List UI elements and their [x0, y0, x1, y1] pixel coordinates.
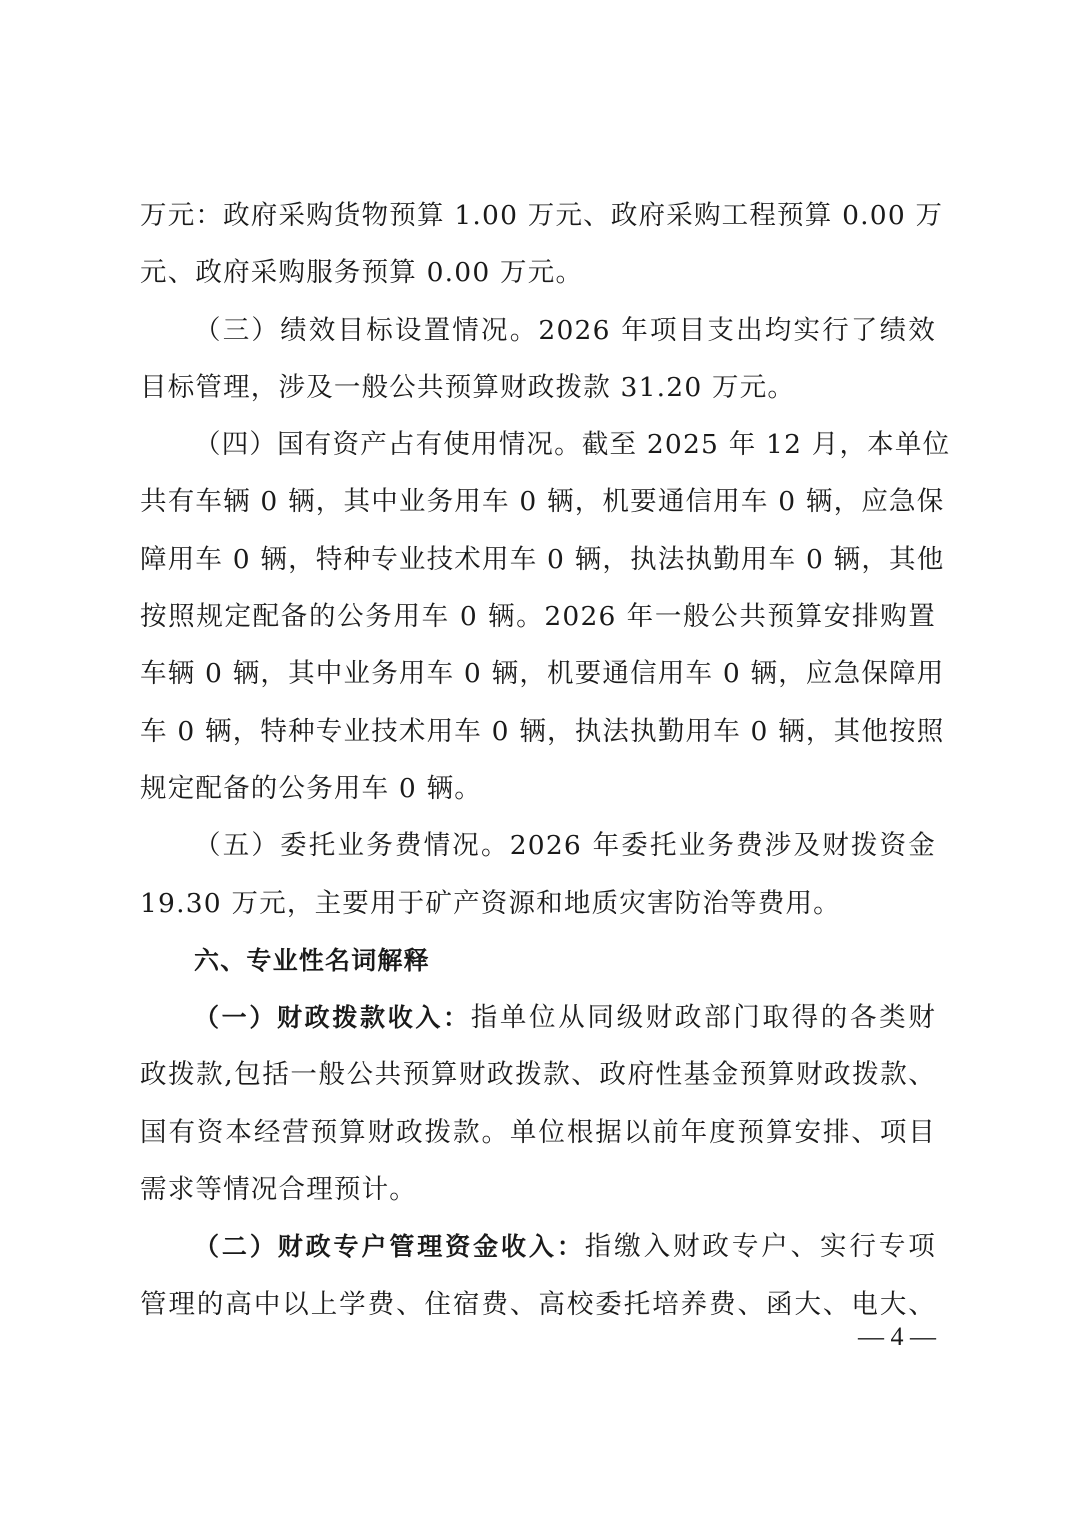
text-line: 万元：政府采购货物预算 1.00 万元、政府采购工程预算 0.00 万 [140, 187, 936, 244]
document-page: 万元：政府采购货物预算 1.00 万元、政府采购工程预算 0.00 万 元、政府… [140, 187, 936, 1333]
text-line: 政拨款,包括一般公共预算财政拨款、政府性基金预算财政拨款、 [140, 1046, 936, 1103]
text-line: 障用车 0 辆，特种专业技术用车 0 辆，执法执勤用车 0 辆，其他 [140, 531, 936, 588]
text-line: 需求等情况合理预计。 [140, 1161, 936, 1218]
text-line: 车辆 0 辆，其中业务用车 0 辆，机要通信用车 0 辆，应急保障用 [140, 645, 936, 702]
section-5-label: （五）委托业务费情况。 [194, 830, 510, 861]
text-line: 按照规定配备的公务用车 0 辆。2026 年一般公共预算安排购置 [140, 588, 936, 645]
section-5-line: （五）委托业务费情况。2026 年委托业务费涉及财拨资金 [140, 817, 936, 874]
term-2-label: （二）财政专户管理资金收入： [194, 1232, 585, 1261]
text-line: 目标管理，涉及一般公共预算财政拨款 31.20 万元。 [140, 359, 936, 416]
section-heading: 六、专业性名词解释 [140, 932, 936, 989]
text-line: 规定配备的公务用车 0 辆。 [140, 760, 936, 817]
section-3-line: （三）绩效目标设置情况。2026 年项目支出均实行了绩效 [140, 302, 936, 359]
text-span: 指单位从同级财政部门取得的各类财 [471, 1002, 936, 1033]
text-line: 元、政府采购服务预算 0.00 万元。 [140, 244, 936, 301]
text-line: 共有车辆 0 辆，其中业务用车 0 辆，机要通信用车 0 辆，应急保 [140, 473, 936, 530]
term-2-line: （二）财政专户管理资金收入：指缴入财政专户、实行专项 [140, 1218, 936, 1275]
text-span: 截至 2025 年 12 月，本单位 [582, 429, 950, 460]
text-span: 指缴入财政专户、实行专项 [585, 1231, 936, 1262]
text-line: 19.30 万元，主要用于矿产资源和地质灾害防治等费用。 [140, 875, 936, 932]
text-line: 国有资本经营预算财政拨款。单位根据以前年度预算安排、项目 [140, 1104, 936, 1161]
section-4-label: （四）国有资产占有使用情况。 [194, 429, 582, 460]
term-1-label: （一）财政拨款收入： [194, 1003, 471, 1032]
text-line: 管理的高中以上学费、住宿费、高校委托培养费、函大、电大、 [140, 1276, 936, 1333]
text-line: 车 0 辆，特种专业技术用车 0 辆，执法执勤用车 0 辆，其他按照 [140, 703, 936, 760]
text-span: 2026 年项目支出均实行了绩效 [538, 315, 936, 346]
term-1-line: （一）财政拨款收入：指单位从同级财政部门取得的各类财 [140, 989, 936, 1046]
section-3-label: （三）绩效目标设置情况。 [194, 315, 538, 346]
text-span: 2026 年委托业务费涉及财拨资金 [510, 830, 936, 861]
page-number: — 4 — [858, 1322, 936, 1352]
section-4-line: （四）国有资产占有使用情况。截至 2025 年 12 月，本单位 [140, 416, 936, 473]
